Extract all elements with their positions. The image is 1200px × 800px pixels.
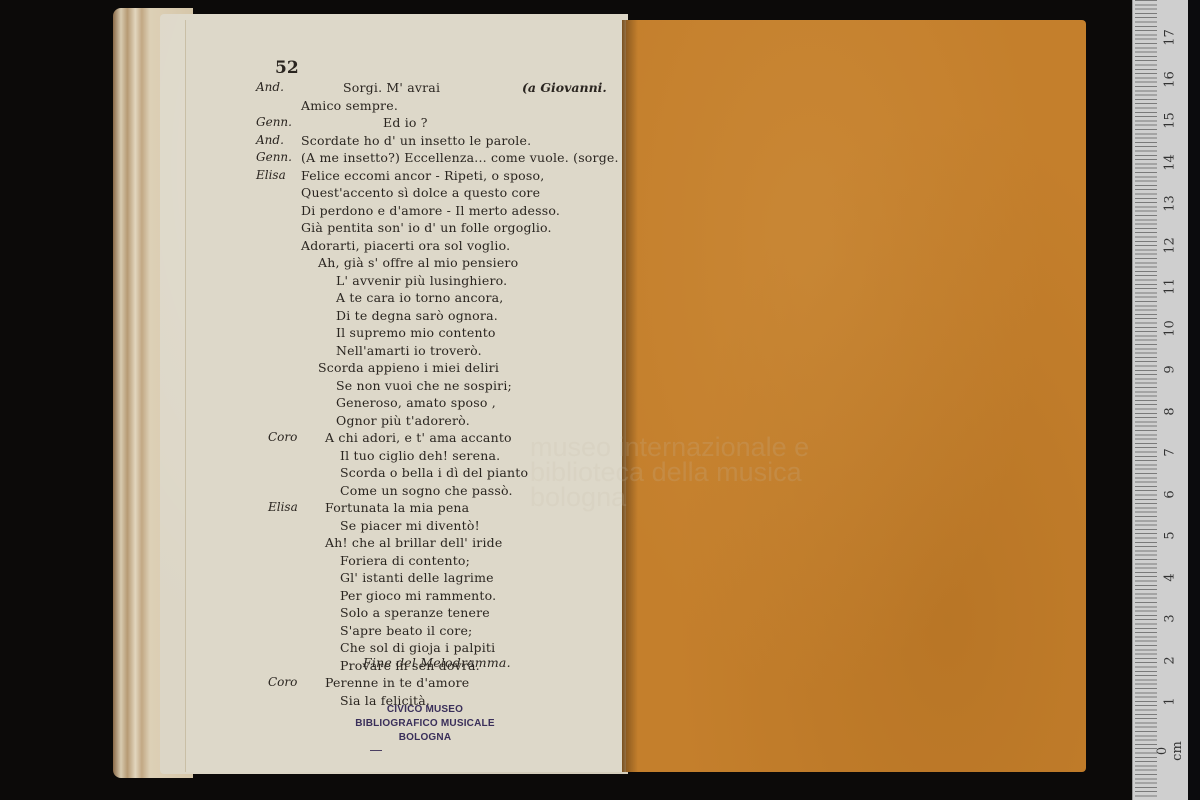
verse-line: Ognor più t'adorerò. xyxy=(336,413,470,428)
verse-line: Il supremo mio contento xyxy=(336,325,496,340)
verse-line: A chi adori, e t' ama accanto xyxy=(325,430,512,445)
ruler-label: 9 xyxy=(1163,358,1178,382)
ruler-label: 1 xyxy=(1163,690,1178,714)
speaker-label: Elisa xyxy=(268,500,298,514)
ruler-label: 15 xyxy=(1163,109,1178,133)
speaker-label: And. xyxy=(256,133,284,147)
speaker-label: Genn. xyxy=(256,115,292,129)
ruler-label: 6 xyxy=(1163,482,1178,506)
verse-line: (A me insetto?) Eccellenza... come vuole… xyxy=(301,150,619,165)
ruler-label: 17 xyxy=(1163,26,1178,50)
ruler-label: 14 xyxy=(1163,150,1178,174)
speaker-label: Coro xyxy=(268,675,297,689)
verse-line: Che sol di gioja i palpiti xyxy=(340,640,495,655)
verse-line: Amico sempre. xyxy=(301,98,398,113)
closing-line: Fine del Melodramma. xyxy=(363,655,511,670)
verse-line: Scordate ho d' un insetto le parole. xyxy=(301,133,531,148)
verse-line: Solo a speranze tenere xyxy=(340,605,490,620)
verse-line: Perenne in te d'amore xyxy=(325,675,469,690)
ruler-label: 7 xyxy=(1163,441,1178,465)
stamp-line: BOLOGNA xyxy=(340,731,510,745)
verse-line: S'apre beato il core; xyxy=(340,623,472,638)
verse-line: L' avvenir più lusinghiero. xyxy=(336,273,507,288)
ruler-label: 13 xyxy=(1163,192,1178,216)
verse-line: Se piacer mi diventò! xyxy=(340,518,480,533)
verse-line: Adorarti, piacerti ora sol voglio. xyxy=(301,238,510,253)
speaker-label: Genn. xyxy=(256,150,292,164)
verse-line: Già pentita son' io d' un folle orgoglio… xyxy=(301,220,552,235)
verse-line: A te cara io torno ancora, xyxy=(336,290,503,305)
page-number: 52 xyxy=(275,58,299,78)
verse-line: Felice eccomi ancor - Ripeti, o sposo, xyxy=(301,168,544,183)
ruler-label: 2 xyxy=(1163,648,1178,672)
verse-line: Quest'accento sì dolce a questo core xyxy=(301,185,540,200)
ruler-label: 5 xyxy=(1163,524,1178,548)
stamp-dash xyxy=(370,750,382,751)
verse-line: Ah! che al brillar dell' iride xyxy=(325,535,502,550)
library-stamp: CIVICO MUSEO BIBLIOGRAFICO MUSICALE BOLO… xyxy=(340,703,510,745)
verse-line: Di te degna sarò ognora. xyxy=(336,308,498,323)
ruler-label: 11 xyxy=(1163,275,1178,299)
ruler-label: 3 xyxy=(1163,607,1178,631)
stage-direction: (a Giovanni. xyxy=(522,80,607,95)
watermark: museo internazionale e biblioteca della … xyxy=(530,435,809,510)
ruler-label: 4 xyxy=(1163,565,1178,589)
verse-line: Fortunata la mia pena xyxy=(325,500,469,515)
ruler-label: 12 xyxy=(1163,233,1178,257)
verse-line: Gl' istanti delle lagrime xyxy=(340,570,494,585)
verse-line: Sorgi. M' avrai xyxy=(343,80,440,95)
watermark-line: bologna xyxy=(530,485,809,510)
libretto-text: 52 (a Giovanni. And.Sorgi. M' avraiAmico… xyxy=(0,0,1200,800)
speaker-label: Coro xyxy=(268,430,297,444)
verse-line: Generoso, amato sposo , xyxy=(336,395,496,410)
verse-line: Scorda appieno i miei deliri xyxy=(318,360,499,375)
verse-line: Di perdono e d'amore - Il merto adesso. xyxy=(301,203,560,218)
verse-line: Se non vuoi che ne sospiri; xyxy=(336,378,512,393)
ruler-label: 16 xyxy=(1163,67,1178,91)
ruler-edge xyxy=(1188,0,1200,800)
ruler-label: 8 xyxy=(1163,399,1178,423)
stamp-line: BIBLIOGRAFICO MUSICALE xyxy=(340,717,510,731)
verse-line: Ah, già s' offre al mio pensiero xyxy=(318,255,518,270)
ruler-label: 10 xyxy=(1163,316,1178,340)
stamp-line: CIVICO MUSEO xyxy=(340,703,510,717)
verse-line: Ed io ? xyxy=(383,115,428,130)
verse-line: Il tuo ciglio deh! serena. xyxy=(340,448,500,463)
verse-line: Per gioco mi rammento. xyxy=(340,588,496,603)
speaker-label: Elisa xyxy=(256,168,286,182)
verse-line: Come un sogno che passò. xyxy=(340,483,513,498)
verse-line: Foriera di contento; xyxy=(340,553,470,568)
ruler-label: 0 cm xyxy=(1155,739,1185,763)
speaker-label: And. xyxy=(256,80,284,94)
ruler-ticks xyxy=(1135,0,1157,800)
verse-line: Scorda o bella i dì del pianto xyxy=(340,465,528,480)
verse-line: Nell'amarti io troverò. xyxy=(336,343,482,358)
measuring-ruler xyxy=(1132,0,1189,800)
